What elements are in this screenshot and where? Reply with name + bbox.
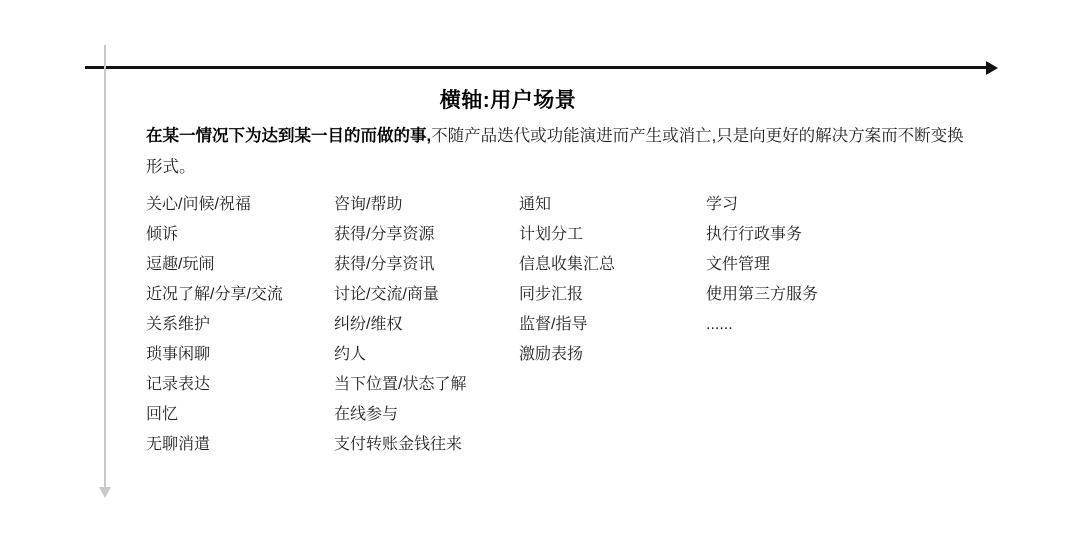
scenario-item: 使用第三方服务: [706, 280, 906, 310]
scenario-item: 激励表扬: [519, 340, 703, 370]
scenario-column-tools: 学习 执行行政事务 文件管理 使用第三方服务 ......: [706, 190, 906, 340]
vertical-axis-line: [104, 45, 106, 487]
scenario-item: 通知: [519, 190, 703, 220]
slide-canvas: 横轴:用户场景 在某一情况下为达到某一目的而做的事,不随产品迭代或功能演进而产生…: [0, 0, 1080, 540]
scenario-item: ......: [706, 310, 906, 340]
scenario-item: 文件管理: [706, 250, 906, 280]
description-emphasis: 在某一情况下为达到某一目的而做的事,: [146, 127, 431, 145]
scenario-item: 约人: [334, 340, 516, 370]
description: 在某一情况下为达到某一目的而做的事,不随产品迭代或功能演进而产生或消亡,只是向更…: [146, 121, 964, 183]
scenario-item: 咨询/帮助: [334, 190, 516, 220]
scenario-item: 获得/分享资源: [334, 220, 516, 250]
scenario-item: 倾诉: [146, 220, 331, 250]
scenario-item: 记录表达: [146, 370, 331, 400]
scenario-item: 讨论/交流/商量: [334, 280, 516, 310]
scenario-item: 无聊消遣: [146, 430, 331, 460]
scenario-item: 当下位置/状态了解: [334, 370, 516, 400]
scenario-item: 关心/问候/祝福: [146, 190, 331, 220]
scenario-item: 近况了解/分享/交流: [146, 280, 331, 310]
scenario-item: 同步汇报: [519, 280, 703, 310]
scenario-item: 学习: [706, 190, 906, 220]
scenario-item: 执行行政事务: [706, 220, 906, 250]
scenario-item: 回忆: [146, 400, 331, 430]
scenario-item: 在线参与: [334, 400, 516, 430]
scenario-item: 支付转账金钱往来: [334, 430, 516, 460]
scenario-item: 琐事闲聊: [146, 340, 331, 370]
page-title: 横轴:用户场景: [146, 84, 870, 114]
scenario-item: 计划分工: [519, 220, 703, 250]
scenario-item: 纠纷/维权: [334, 310, 516, 340]
scenario-column-social: 关心/问候/祝福 倾诉 逗趣/玩闹 近况了解/分享/交流 关系维护 琐事闲聊 记…: [146, 190, 331, 460]
right-arrowhead-icon: [986, 61, 998, 75]
scenario-item: 逗趣/玩闹: [146, 250, 331, 280]
scenario-column-exchange: 咨询/帮助 获得/分享资源 获得/分享资讯 讨论/交流/商量 纠纷/维权 约人 …: [334, 190, 516, 460]
scenario-item: 获得/分享资讯: [334, 250, 516, 280]
scenario-item: 信息收集汇总: [519, 250, 703, 280]
horizontal-axis-line: [85, 66, 988, 69]
scenario-item: 关系维护: [146, 310, 331, 340]
scenario-item: 监督/指导: [519, 310, 703, 340]
down-arrowhead-icon: [99, 487, 111, 498]
scenario-column-collaboration: 通知 计划分工 信息收集汇总 同步汇报 监督/指导 激励表扬: [519, 190, 703, 370]
